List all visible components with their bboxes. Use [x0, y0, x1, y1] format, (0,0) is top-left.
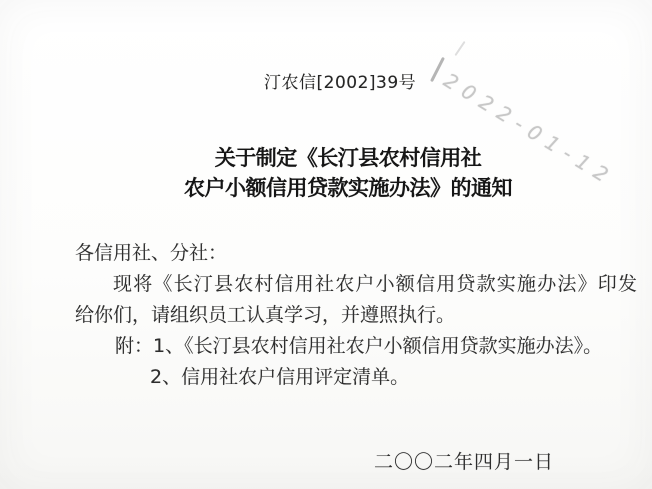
document-body: 各信用社、分社： 现将《长汀县农村信用社农户小额信用贷款实施办法》印发 给你们，… [75, 238, 640, 393]
title-line-2: 农户小额信用贷款实施办法》的通知 [44, 173, 652, 203]
pen-stroke-mark [430, 57, 445, 82]
issue-date: 二〇〇二年四月一日 [374, 447, 554, 474]
document-number: 汀农信[2002]39号 [264, 68, 416, 93]
attachment-item-1: 附：1、《长汀县农村信用社农户小额信用贷款实施办法》。 [75, 331, 640, 362]
body-paragraph-line-2: 给你们，请组织员工认真学习，并遵照执行。 [75, 300, 640, 331]
salutation: 各信用社、分社： [75, 238, 640, 269]
scanned-document-page: 汀农信[2002]39号 关于制定《长汀县农村信用社 农户小额信用贷款实施办法》… [0, 0, 652, 489]
pen-stroke-mark-faint [454, 41, 465, 56]
attachment-item-2: 2、信用社农户信用评定清单。 [75, 362, 640, 393]
body-paragraph-line-1: 现将《长汀县农村信用社农户小额信用贷款实施办法》印发 [75, 269, 640, 300]
